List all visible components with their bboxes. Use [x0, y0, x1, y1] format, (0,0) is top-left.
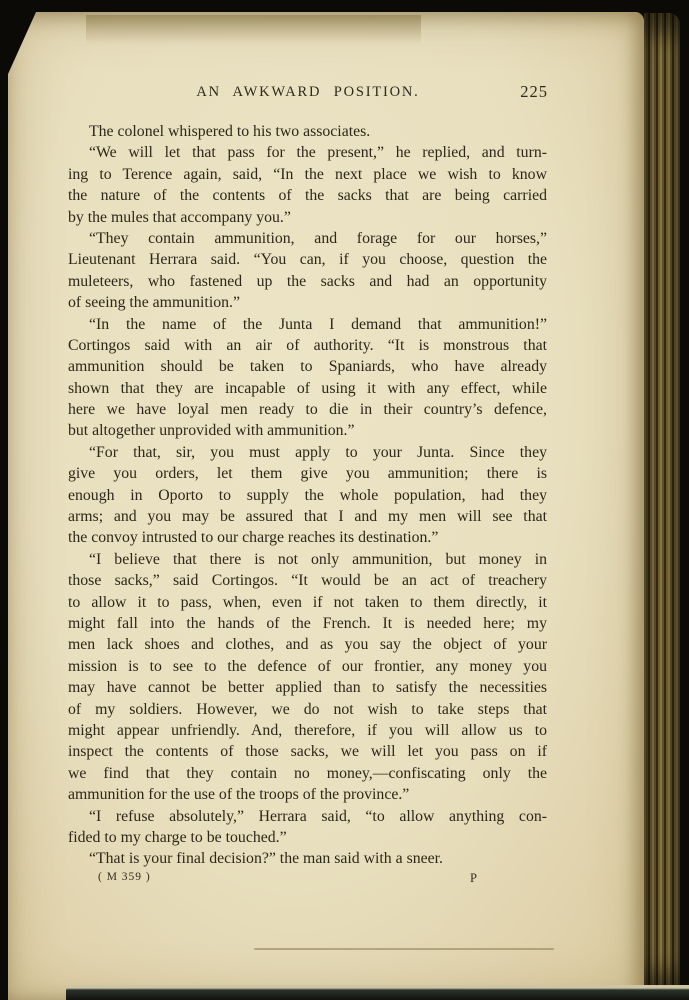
text-line: but altogether unprovided with ammunitio… — [68, 420, 547, 441]
page-edges — [644, 13, 680, 989]
text-line: by the mules that accompany you.” — [68, 207, 547, 228]
page-footer: ( M 359 ) P — [68, 871, 547, 887]
page-number: 225 — [520, 82, 548, 102]
text-line: mission is to see to the defence of our … — [68, 656, 547, 677]
book-bottom-edge — [66, 985, 689, 1000]
paragraph-2: “We will let that pass for the present,”… — [68, 142, 547, 228]
paragraph-3: “They contain ammunition, and forage for… — [68, 228, 547, 314]
text-line: fided to my charge to be touched.” — [68, 827, 547, 848]
text-line: muleteers, who fastened up the sacks and… — [68, 271, 547, 292]
text-line: ammunition for the use of the troops of … — [68, 784, 547, 805]
text-line: ammunition should be taken to Spaniards,… — [68, 356, 547, 377]
page-body: The colonel whispered to his two associa… — [68, 121, 547, 870]
text-line: we find that they contain no money,—conf… — [68, 763, 547, 784]
text-line: “I refuse absolutely,” Herrara said, “to… — [68, 806, 547, 827]
top-edge-shadow — [86, 15, 421, 45]
running-title: AN AWKWARD POSITION. — [68, 84, 548, 101]
paragraph-8: “That is your final decision?” the man s… — [68, 848, 547, 869]
text-line: men lack shoes and clothes, and as you s… — [68, 634, 547, 655]
paragraph-1: The colonel whispered to his two associa… — [68, 121, 547, 142]
paragraph-5: “For that, sir, you must apply to your J… — [68, 442, 547, 549]
text-line: may have cannot be better applied than t… — [68, 677, 547, 698]
signature-letter: P — [470, 871, 477, 886]
page-header: AN AWKWARD POSITION. 225 — [68, 84, 548, 104]
text-line: “For that, sir, you must apply to your J… — [68, 442, 547, 463]
text-line: give you orders, let them give you ammun… — [68, 463, 547, 484]
text-line: inspect the contents of those sacks, we … — [68, 741, 547, 762]
text-line: shown that they are incapable of using i… — [68, 378, 547, 399]
text-line: of seeing the ammunition.” — [68, 292, 547, 313]
text-line: The colonel whispered to his two associa… — [68, 121, 547, 142]
text-line: might fall into the hands of the French.… — [68, 613, 547, 634]
text-line: those sacks,” said Cortingos. “It would … — [68, 570, 547, 591]
text-line: Cortingos said with an air of authority.… — [68, 335, 547, 356]
paragraph-6: “I believe that there is not only ammuni… — [68, 549, 547, 806]
text-line: the nature of the contents of the sacks … — [68, 185, 547, 206]
text-line: “In the name of the Junta I demand that … — [68, 314, 547, 335]
text-line: arms; and you may be assured that I and … — [68, 506, 547, 527]
text-line: of my soldiers. However, we do not wish … — [68, 699, 547, 720]
printers-signature: ( M 359 ) — [98, 871, 151, 883]
paragraph-7: “I refuse absolutely,” Herrara said, “to… — [68, 806, 547, 849]
book-page: AN AWKWARD POSITION. 225 The colonel whi… — [8, 12, 644, 1000]
text-line: to allow it to pass, when, even if not t… — [68, 592, 547, 613]
text-line: ing to Terence again, said, “In the next… — [68, 164, 547, 185]
text-line: “We will let that pass for the present,”… — [68, 142, 547, 163]
text-line: enough in Oporto to supply the whole pop… — [68, 485, 547, 506]
paragraph-4: “In the name of the Junta I demand that … — [68, 314, 547, 442]
book-scan: AN AWKWARD POSITION. 225 The colonel whi… — [0, 0, 689, 1000]
text-line: Lieutenant Herrara said. “You can, if yo… — [68, 249, 547, 270]
text-line: “I believe that there is not only ammuni… — [68, 549, 547, 570]
text-line: “That is your final decision?” the man s… — [68, 848, 547, 869]
text-line: “They contain ammunition, and forage for… — [68, 228, 547, 249]
text-line: the convoy intrusted to our charge reach… — [68, 527, 547, 548]
text-line: might appear unfriendly. And, therefore,… — [68, 720, 547, 741]
scan-artifact-line — [254, 948, 554, 950]
text-line: here we have loyal men ready to die in t… — [68, 399, 547, 420]
